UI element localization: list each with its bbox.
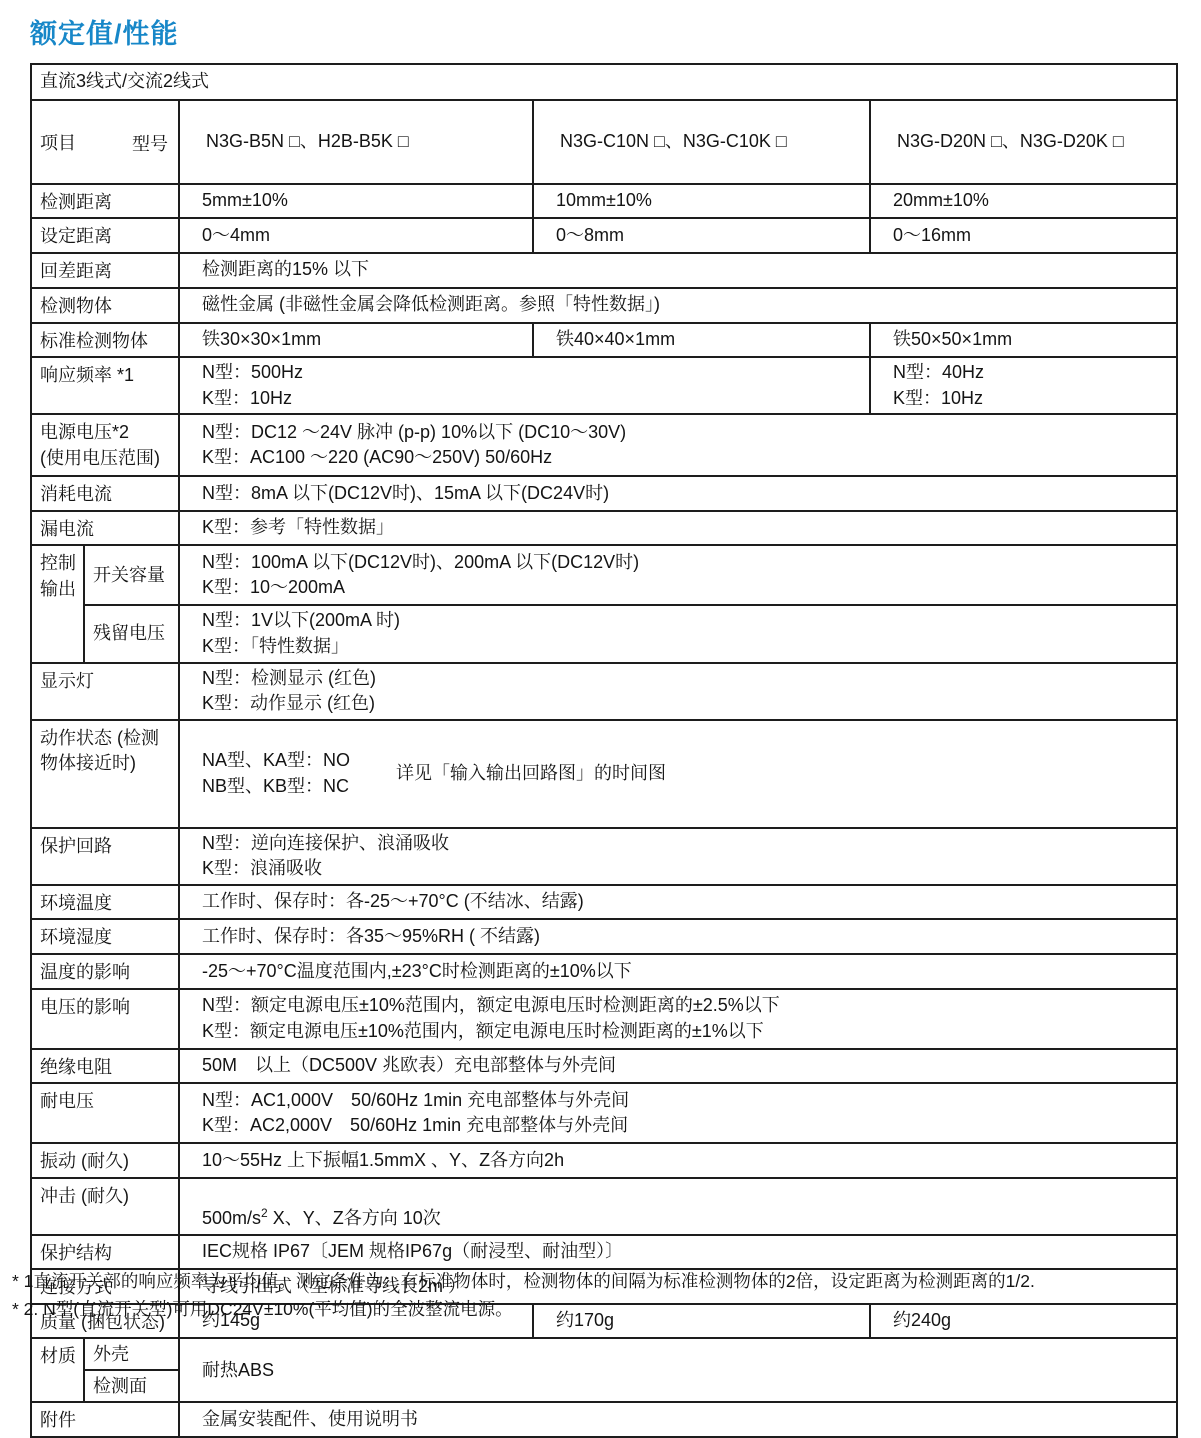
row-temp-influence: 温度的影响 -25～+70°C温度范围内,±23°C时检测距离的±10%以下 <box>31 954 1177 989</box>
value-detect-distance-b5: 5mm±10% <box>179 184 533 219</box>
column-header-b5: N3G-B5N □、H2B-B5K □ <box>179 100 533 184</box>
footnote-2: * 2. N型(直流开关型)可用DC24V±10%(平均值)的全波整流电源。 <box>12 1296 513 1321</box>
value-operation-state: NA型、KA型：NO NB型、KB型：NC 详见「输入输出回路图」的时间图 <box>179 720 1177 828</box>
operation-state-note: 详见「输入输出回路图」的时间图 <box>396 761 666 787</box>
label-control-output: 控制 输出 <box>31 545 84 662</box>
row-current-consumption: 消耗电流 N型：8mA 以下(DC12V时)、15mA 以下(DC24V时) <box>31 476 1177 511</box>
label-material-sensing-face: 检测面 <box>84 1370 179 1402</box>
label-operation-state: 动作状态 (检测 物体接近时) <box>31 720 179 828</box>
label-temp-influence: 温度的影响 <box>31 954 179 989</box>
row-ambient-humidity: 环境湿度 工作时、保存时：各35～95%RH ( 不结露) <box>31 919 1177 954</box>
row-standard-object: 标准检测物体 铁30×30×1mm 铁40×40×1mm 铁50×50×1mm <box>31 323 1177 358</box>
value-ambient-humidity: 工作时、保存时：各35～95%RH ( 不结露) <box>179 919 1177 954</box>
value-detect-distance-c10: 10mm±10% <box>533 184 870 219</box>
value-voltage-influence: N型：额定电源电压±10%范围内，额定电源电压时检测距离的±2.5%以下 K型：… <box>179 989 1177 1049</box>
spec-table: 直流3线式/交流2线式 项目 型号 N3G-B5N □、H2B-B5K □ N3… <box>30 63 1178 1438</box>
value-leakage-current: K型：参考「特性数据」 <box>179 511 1177 546</box>
value-standard-object-b5: 铁30×30×1mm <box>179 323 533 358</box>
value-insulation: 50M 以上（DC500V 兆欧表）充电部整体与外壳间 <box>179 1049 1177 1084</box>
row-leakage-current: 漏电流 K型：参考「特性数据」 <box>31 511 1177 546</box>
value-hysteresis: 检测距离的15% 以下 <box>179 253 1177 288</box>
value-accessories: 金属安装配件、使用说明书 <box>179 1402 1177 1437</box>
label-response-frequency: 响应频率 *1 <box>31 357 179 414</box>
value-weight-d20: 约240g <box>870 1304 1177 1339</box>
label-detect-object: 检测物体 <box>31 288 179 323</box>
corner-item-label: 项目 <box>40 127 76 157</box>
header-row: 项目 型号 N3G-B5N □、H2B-B5K □ N3G-C10N □、N3G… <box>31 100 1177 184</box>
value-vibration: 10～55Hz 上下振幅1.5mmX 、Y、Z各方向2h <box>179 1143 1177 1178</box>
row-material-case: 材质 外壳 耐热ABS <box>31 1338 1177 1370</box>
value-standard-object-d20: 铁50×50×1mm <box>870 323 1177 358</box>
label-material-case: 外壳 <box>84 1338 179 1370</box>
label-protection-circuit: 保护回路 <box>31 828 179 885</box>
row-response-frequency: 响应频率 *1 N型：500Hz K型：10Hz N型：40Hz K型：10Hz <box>31 357 1177 414</box>
value-detect-distance-d20: 20mm±10% <box>870 184 1177 219</box>
row-operation-state: 动作状态 (检测 物体接近时) NA型、KA型：NO NB型、KB型：NC 详见… <box>31 720 1177 828</box>
column-header-c10: N3G-C10N □、N3G-C10K □ <box>533 100 870 184</box>
label-material: 材质 <box>31 1338 84 1402</box>
row-withstand-voltage: 耐电压 N型：AC1,000V 50/60Hz 1min 充电部整体与外壳间 K… <box>31 1083 1177 1143</box>
value-indicator: N型：检测显示 (红色) K型：动作显示 (红色) <box>179 663 1177 720</box>
value-detect-object: 磁性金属 (非磁性金属会降低检测距离。参照「特性数据」) <box>179 288 1177 323</box>
label-supply-voltage: 电源电压*2 (使用电压范围) <box>31 414 179 476</box>
row-hysteresis: 回差距离 检测距离的15% 以下 <box>31 253 1177 288</box>
value-response-frequency-b5-c10: N型：500Hz K型：10Hz <box>179 357 870 414</box>
row-accessories: 附件 金属安装配件、使用说明书 <box>31 1402 1177 1437</box>
label-leakage-current: 漏电流 <box>31 511 179 546</box>
row-protection-structure: 保护结构 IEC规格 IP67〔JEM 规格IP67g（耐浸型、耐油型）〕 <box>31 1235 1177 1270</box>
label-withstand-voltage: 耐电压 <box>31 1083 179 1143</box>
value-switching-capacity: N型：100mA 以下(DC12V时)、200mA 以下(DC12V时) K型：… <box>179 545 1177 605</box>
value-weight-c10: 约170g <box>533 1304 870 1339</box>
value-protection-structure: IEC规格 IP67〔JEM 规格IP67g（耐浸型、耐油型）〕 <box>179 1235 1177 1270</box>
row-set-distance: 设定距离 0～4mm 0～8mm 0～16mm <box>31 218 1177 253</box>
label-shock: 冲击 (耐久) <box>31 1178 179 1235</box>
row-insulation: 绝缘电阻 50M 以上（DC500V 兆欧表）充电部整体与外壳间 <box>31 1049 1177 1084</box>
value-supply-voltage: N型：DC12 ～24V 脉冲 (p-p) 10%以下 (DC10～30V) K… <box>179 414 1177 476</box>
shock-value-prefix: 500m/s <box>202 1208 261 1228</box>
value-set-distance-c10: 0～8mm <box>533 218 870 253</box>
corner-model-label: 型号 <box>132 132 168 158</box>
value-ambient-temp: 工作时、保存时：各-25～+70°C (不结冰、结露) <box>179 885 1177 920</box>
value-response-frequency-d20: N型：40Hz K型：10Hz <box>870 357 1177 414</box>
label-switching-capacity: 开关容量 <box>84 545 179 605</box>
caption-row: 直流3线式/交流2线式 <box>31 64 1177 100</box>
table-caption: 直流3线式/交流2线式 <box>31 64 1177 100</box>
column-header-d20: N3G-D20N □、N3G-D20K □ <box>870 100 1177 184</box>
value-temp-influence: -25～+70°C温度范围内,±23°C时检测距离的±10%以下 <box>179 954 1177 989</box>
shock-value-suffix: X、Y、Z各方向 10次 <box>268 1208 441 1228</box>
value-protection-circuit: N型：逆向连接保护、浪涌吸收 K型：浪涌吸收 <box>179 828 1177 885</box>
label-hysteresis: 回差距离 <box>31 253 179 288</box>
row-residual-voltage: 残留电压 N型：1V以下(200mA 时) K型：「特性数据」 <box>31 605 1177 662</box>
label-accessories: 附件 <box>31 1402 179 1437</box>
row-supply-voltage: 电源电压*2 (使用电压范围) N型：DC12 ～24V 脉冲 (p-p) 10… <box>31 414 1177 476</box>
value-set-distance-d20: 0～16mm <box>870 218 1177 253</box>
footnote-1: * 1直流开关部的响应频率为平均值。测定条件为：有标准物体时，检测物体的间隔为标… <box>12 1268 1035 1293</box>
row-switching-capacity: 控制 输出 开关容量 N型：100mA 以下(DC12V时)、200mA 以下(… <box>31 545 1177 605</box>
row-indicator: 显示灯 N型：检测显示 (红色) K型：动作显示 (红色) <box>31 663 1177 720</box>
value-residual-voltage: N型：1V以下(200mA 时) K型：「特性数据」 <box>179 605 1177 662</box>
value-material: 耐热ABS <box>179 1338 1177 1402</box>
corner-cell: 项目 型号 <box>31 100 179 184</box>
row-shock: 冲击 (耐久) 500m/s2 X、Y、Z各方向 10次 <box>31 1178 1177 1235</box>
page-title: 额定值/性能 <box>30 12 179 51</box>
label-current-consumption: 消耗电流 <box>31 476 179 511</box>
label-detect-distance: 检测距离 <box>31 184 179 219</box>
value-withstand-voltage: N型：AC1,000V 50/60Hz 1min 充电部整体与外壳间 K型：AC… <box>179 1083 1177 1143</box>
label-indicator: 显示灯 <box>31 663 179 720</box>
row-detect-distance: 检测距离 5mm±10% 10mm±10% 20mm±10% <box>31 184 1177 219</box>
row-protection-circuit: 保护回路 N型：逆向连接保护、浪涌吸收 K型：浪涌吸收 <box>31 828 1177 885</box>
label-ambient-humidity: 环境湿度 <box>31 919 179 954</box>
row-voltage-influence: 电压的影响 N型：额定电源电压±10%范围内，额定电源电压时检测距离的±2.5%… <box>31 989 1177 1049</box>
shock-value-superscript: 2 <box>261 1206 268 1220</box>
label-voltage-influence: 电压的影响 <box>31 989 179 1049</box>
value-shock: 500m/s2 X、Y、Z各方向 10次 <box>179 1178 1177 1235</box>
operation-state-modes: NA型、KA型：NO NB型、KB型：NC <box>202 748 350 799</box>
row-detect-object: 检测物体 磁性金属 (非磁性金属会降低检测距离。参照「特性数据」) <box>31 288 1177 323</box>
row-vibration: 振动 (耐久) 10～55Hz 上下振幅1.5mmX 、Y、Z各方向2h <box>31 1143 1177 1178</box>
label-ambient-temp: 环境温度 <box>31 885 179 920</box>
row-ambient-temp: 环境温度 工作时、保存时：各-25～+70°C (不结冰、结露) <box>31 885 1177 920</box>
value-standard-object-c10: 铁40×40×1mm <box>533 323 870 358</box>
value-set-distance-b5: 0～4mm <box>179 218 533 253</box>
label-residual-voltage: 残留电压 <box>84 605 179 662</box>
value-current-consumption: N型：8mA 以下(DC12V时)、15mA 以下(DC24V时) <box>179 476 1177 511</box>
label-vibration: 振动 (耐久) <box>31 1143 179 1178</box>
label-standard-object: 标准检测物体 <box>31 323 179 358</box>
label-protection-structure: 保护结构 <box>31 1235 179 1270</box>
label-insulation: 绝缘电阻 <box>31 1049 179 1084</box>
label-set-distance: 设定距离 <box>31 218 179 253</box>
